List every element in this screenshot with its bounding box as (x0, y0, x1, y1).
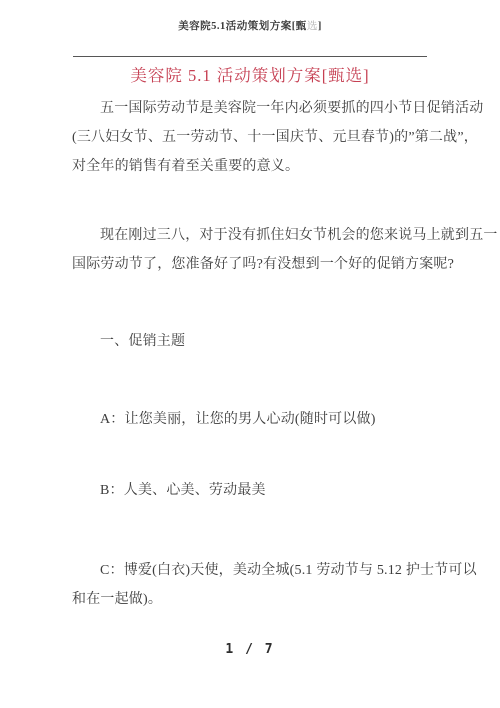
theme-item-c: C：博爱(白衣)天使，美动全城(5.1 劳动节与 5.12 护士节可以 和在一起… (72, 556, 432, 614)
section-heading-text: 一、促销主题 (72, 327, 432, 356)
page-number-indicator: 1 / 7 (0, 642, 500, 657)
paragraph-intro-line: 五一国际劳动节是美容院一年内必须要抓的四小节日促销活动 (72, 94, 432, 123)
paragraph-intro: 五一国际劳动节是美容院一年内必须要抓的四小节日促销活动 (三八妇女节、五一劳动节… (72, 94, 432, 181)
paragraph-question: 现在刚过三八，对于没有抓住妇女节机会的您来说马上就到五一 国际劳动节了，您准备好… (72, 221, 432, 279)
theme-item-c-line: C：博爱(白衣)天使，美动全城(5.1 劳动节与 5.12 护士节可以 (72, 556, 432, 585)
paragraph-intro-line: 对全年的销售有着至关重要的意义。 (72, 152, 432, 181)
header-divider-line (73, 56, 427, 57)
theme-item-a-text: A：让您美丽，让您的男人心动(随时可以做) (72, 405, 432, 434)
header-title-main: 美容院5.1活动策划方案[甄 (178, 21, 307, 32)
header-title-highlight: 选 (307, 21, 318, 32)
theme-item-c-line: 和在一起做)。 (72, 585, 432, 614)
theme-item-b: B：人美、心美、劳动最美 (72, 476, 432, 505)
paragraph-intro-line: (三八妇女节、五一劳动节、十一国庆节、元旦春节)的”第二战”， (72, 123, 432, 152)
header-title-suffix: ] (318, 21, 322, 32)
paragraph-question-line: 国际劳动节了，您准备好了吗?有没想到一个好的促销方案呢? (72, 250, 432, 279)
document-title: 美容院 5.1 活动策划方案[甄选] (0, 62, 500, 86)
paragraph-question-line: 现在刚过三八，对于没有抓住妇女节机会的您来说马上就到五一 (72, 221, 432, 250)
document-header: 美容院5.1活动策划方案[甄选] (0, 18, 500, 33)
theme-item-b-text: B：人美、心美、劳动最美 (72, 476, 432, 505)
document-body: 五一国际劳动节是美容院一年内必须要抓的四小节日促销活动 (三八妇女节、五一劳动节… (72, 94, 432, 614)
document-page: 美容院5.1活动策划方案[甄选] 美容院 5.1 活动策划方案[甄选] 五一国际… (0, 0, 500, 708)
section-heading: 一、促销主题 (72, 327, 432, 356)
theme-item-a: A：让您美丽，让您的男人心动(随时可以做) (72, 405, 432, 434)
